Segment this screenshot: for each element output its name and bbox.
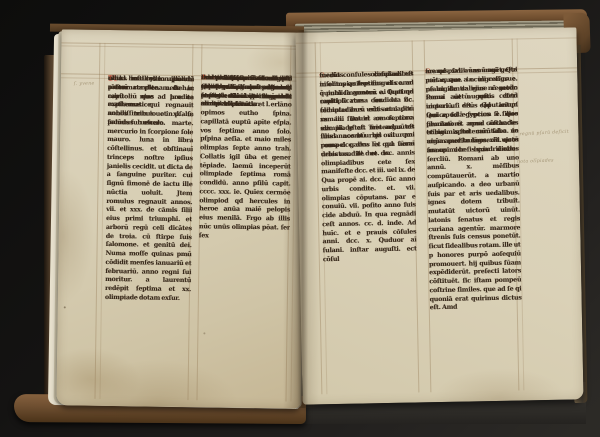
text-column-left-1: ri. kl. mai. yazon pūlinū aīe remata ple…	[104, 75, 194, 352]
text-column-right-2: aranus. xviii. annū agēt. Qui panaquam. …	[425, 66, 522, 350]
margin-note: ſ. yvene	[74, 82, 95, 87]
parchment-speck	[64, 306, 66, 308]
margin-note: regnū pſarū deficit	[519, 130, 569, 138]
script-text: lius roma nuſerina olimpiade placere ad …	[199, 74, 292, 242]
text-column-right-1: medios olimpiadibus inſectos quibus ſing…	[319, 70, 418, 352]
script-text: ſuerūt conſules coſulans eſt ni olimpias…	[319, 70, 417, 264]
ruling-line	[296, 37, 577, 43]
script-text: iue qd pſal. aūas annū geſta mēt e. que …	[425, 66, 522, 313]
left-page: ſ. yvene ri. kl. mai. yazon pūlinū aīe r…	[56, 29, 305, 408]
parchment-speck	[186, 254, 188, 256]
right-page: medios olimpiadibus inſectos quibus ſing…	[295, 27, 583, 404]
text-column-left-2: ſeo prauiſo eius ſuris eſt. Qui regnauit…	[197, 74, 292, 355]
parchment-speck	[203, 332, 205, 334]
margin-note: nota olīpiades	[517, 158, 554, 165]
script-text: ullius hoſtilius in uilla ubi paſtor	[108, 75, 194, 94]
manuscript-photo: ſ. yvene ri. kl. mai. yazon pūlinū aīe r…	[0, 0, 600, 437]
